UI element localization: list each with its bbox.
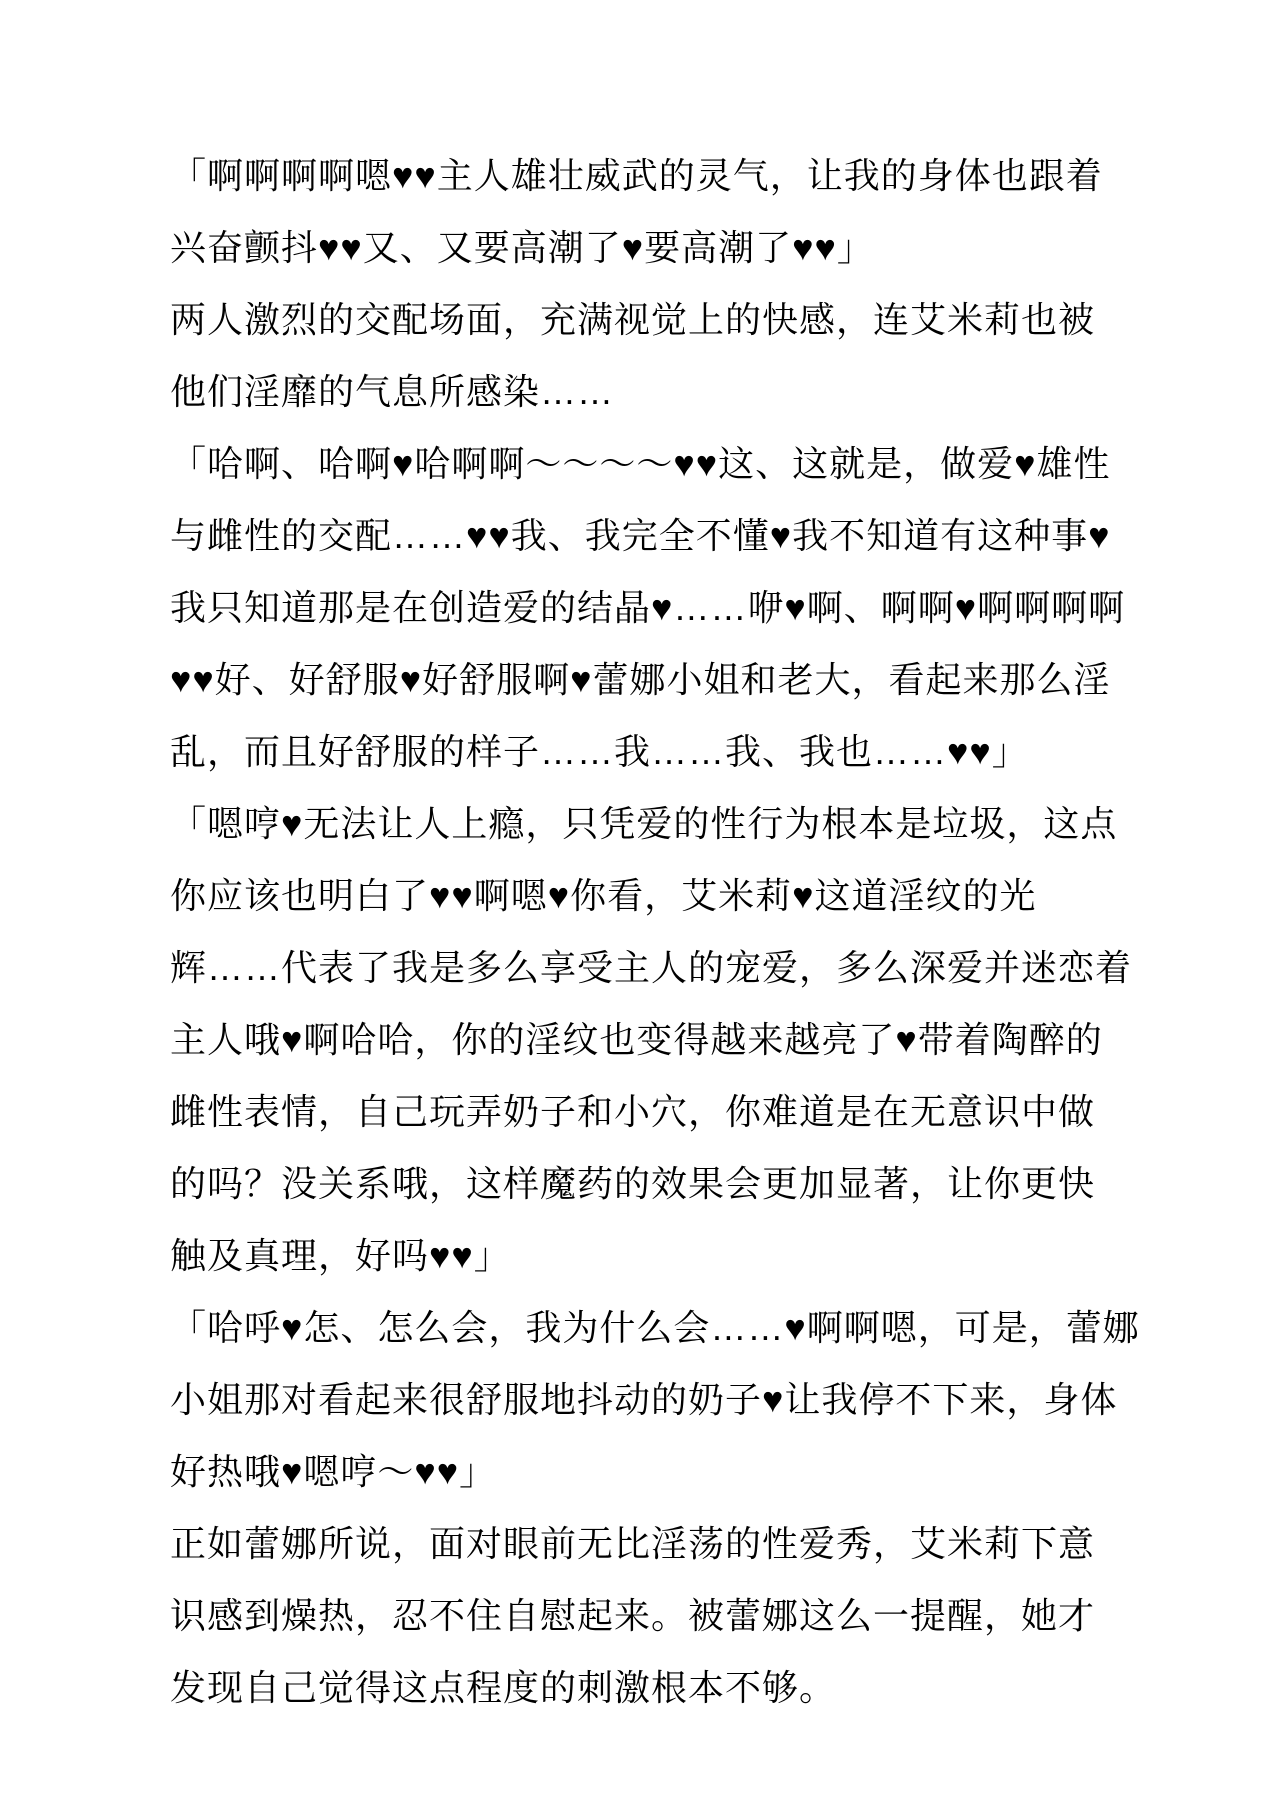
document-page: 「啊啊啊啊嗯♥♥主人雄壮威武的灵气，让我的身体也跟着 兴奋颤抖♥♥又、又要高潮了… (0, 0, 1280, 1810)
text-line: 的吗？没关系哦，这样魔药的效果会更加显著，让你更快 (170, 1148, 1130, 1220)
text-line: 触及真理，好吗♥♥」 (170, 1220, 1130, 1292)
text-line: 他们淫靡的气息所感染…… (170, 356, 1130, 428)
text-line: ♥♥好、好舒服♥好舒服啊♥蕾娜小姐和老大，看起来那么淫 (170, 644, 1130, 716)
text-line: 「嗯哼♥无法让人上瘾，只凭爱的性行为根本是垃圾，这点 (170, 788, 1130, 860)
text-line: 识感到燥热，忍不住自慰起来。被蕾娜这么一提醒，她才 (170, 1580, 1130, 1652)
text-line: 两人激烈的交配场面，充满视觉上的快感，连艾米莉也被 (170, 284, 1130, 356)
text-line: 「哈啊、哈啊♥哈啊啊～～～～♥♥这、这就是，做爱♥雄性 (170, 428, 1130, 500)
text-line: 乱，而且好舒服的样子……我……我、我也……♥♥」 (170, 716, 1130, 788)
text-line: 正如蕾娜所说，面对眼前无比淫荡的性爱秀，艾米莉下意 (170, 1508, 1130, 1580)
text-line: 主人哦♥啊哈哈，你的淫纹也变得越来越亮了♥带着陶醉的 (170, 1004, 1130, 1076)
text-line: 「哈呼♥怎、怎么会，我为什么会……♥啊啊嗯，可是，蕾娜 (170, 1292, 1130, 1364)
text-line: 雌性表情，自己玩弄奶子和小穴，你难道是在无意识中做 (170, 1076, 1130, 1148)
text-line: 小姐那对看起来很舒服地抖动的奶子♥让我停不下来，身体 (170, 1364, 1130, 1436)
text-line: 「啊啊啊啊嗯♥♥主人雄壮威武的灵气，让我的身体也跟着 (170, 140, 1130, 212)
text-block: 「啊啊啊啊嗯♥♥主人雄壮威武的灵气，让我的身体也跟着 兴奋颤抖♥♥又、又要高潮了… (170, 140, 1130, 1724)
text-line: 我只知道那是在创造爱的结晶♥……咿♥啊、啊啊♥啊啊啊啊 (170, 572, 1130, 644)
text-line: 发现自己觉得这点程度的刺激根本不够。 (170, 1652, 1130, 1724)
text-line: 辉……代表了我是多么享受主人的宠爱，多么深爱并迷恋着 (170, 932, 1130, 1004)
text-line: 好热哦♥嗯哼～♥♥」 (170, 1436, 1130, 1508)
text-line: 兴奋颤抖♥♥又、又要高潮了♥要高潮了♥♥」 (170, 212, 1130, 284)
text-line: 与雌性的交配……♥♥我、我完全不懂♥我不知道有这种事♥ (170, 500, 1130, 572)
text-line: 你应该也明白了♥♥啊嗯♥你看，艾米莉♥这道淫纹的光 (170, 860, 1130, 932)
